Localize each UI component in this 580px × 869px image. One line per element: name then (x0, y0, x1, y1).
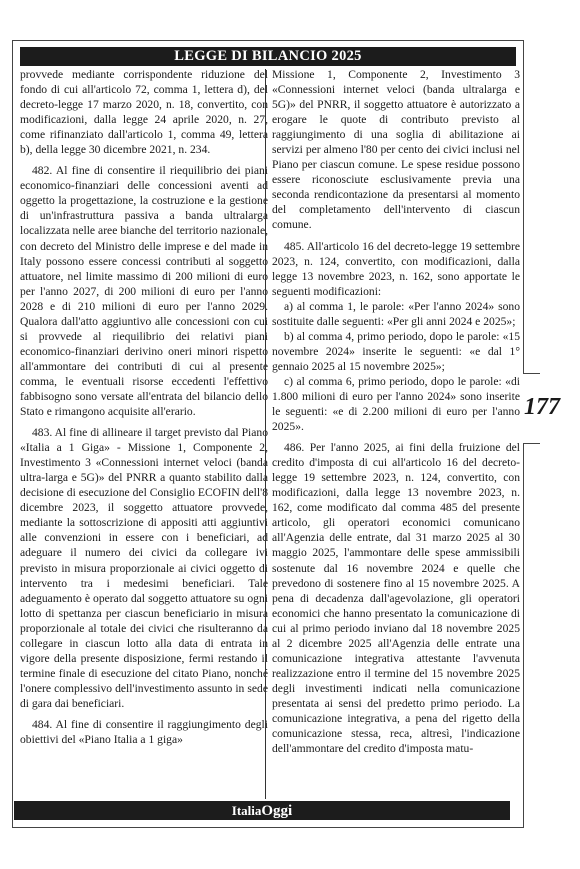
paragraph-484-continuation: Missione 1, Componente 2, Investimento 3… (272, 67, 520, 233)
section-title: LEGGE DI BILANCIO 2025 (174, 48, 361, 64)
right-column: Missione 1, Componente 2, Investimento 3… (272, 67, 520, 756)
page-frame-top (12, 40, 523, 41)
footer-brand-bar: ItaliaOggi (14, 801, 510, 820)
brand-logo-italia: Italia (232, 803, 262, 818)
brand-logo-oggi: Oggi (261, 803, 292, 819)
page-frame-left (12, 40, 13, 828)
page-frame-tab-upper (523, 373, 540, 374)
paragraph-485-a: a) al comma 1, le parole: «Per l'anno 20… (272, 299, 520, 329)
column-divider (265, 69, 266, 799)
paragraph-486: 486. Per l'anno 2025, ai fini della frui… (272, 440, 520, 756)
page-frame-tab-lower (523, 443, 540, 444)
paragraph-485: 485. All'articolo 16 del decreto-legge 1… (272, 239, 520, 299)
page-frame-right-lower (523, 443, 524, 828)
page-frame-right-upper (523, 40, 524, 373)
paragraph-483: 483. Al fine di allineare il target prev… (20, 425, 268, 711)
paragraph-485-b: b) al comma 4, primo periodo, dopo le pa… (272, 329, 520, 374)
paragraph-continuation: provvede mediante corrispondente riduzio… (20, 67, 268, 157)
section-header: LEGGE DI BILANCIO 2025 (20, 47, 516, 66)
page-frame-bottom (12, 827, 523, 828)
left-column: provvede mediante corrispondente riduzio… (20, 67, 268, 747)
paragraph-482: 482. Al fine di consentire il riequilibr… (20, 163, 268, 419)
page-number: 177 (524, 394, 560, 421)
paragraph-484: 484. Al fine di consentire il raggiungim… (20, 717, 268, 747)
paragraph-485-c: c) al comma 6, primo periodo, dopo le pa… (272, 374, 520, 434)
